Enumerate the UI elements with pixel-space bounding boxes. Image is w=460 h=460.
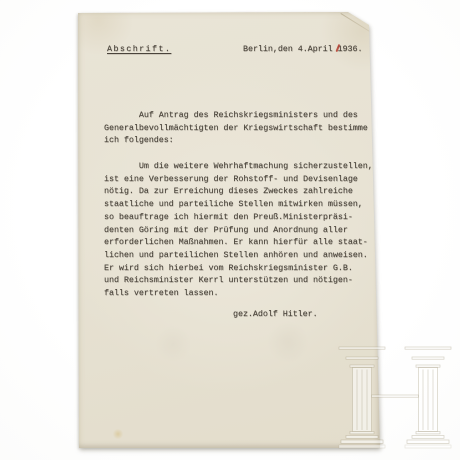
paragraph-preamble: Auf Antrag des Reichskriegsministers und… — [104, 109, 380, 147]
signature-line: gez.Adolf Hitler. — [233, 308, 318, 321]
paragraph-body: Um die weitere Wehrhaftmachung sicherzus… — [104, 160, 380, 300]
corner-fold-shade — [330, 12, 380, 42]
copy-label-text: Abschrift. — [107, 43, 171, 56]
corner-fold-crease — [340, 13, 374, 35]
watermark-crossbar — [372, 395, 419, 397]
dateline: Berlin,den 4.April 1936. — [243, 43, 362, 56]
photo-canvas: Abschrift. Berlin,den 4.April 1936. Auf … — [0, 0, 460, 460]
auction-house-columns-watermark-icon — [330, 344, 456, 460]
